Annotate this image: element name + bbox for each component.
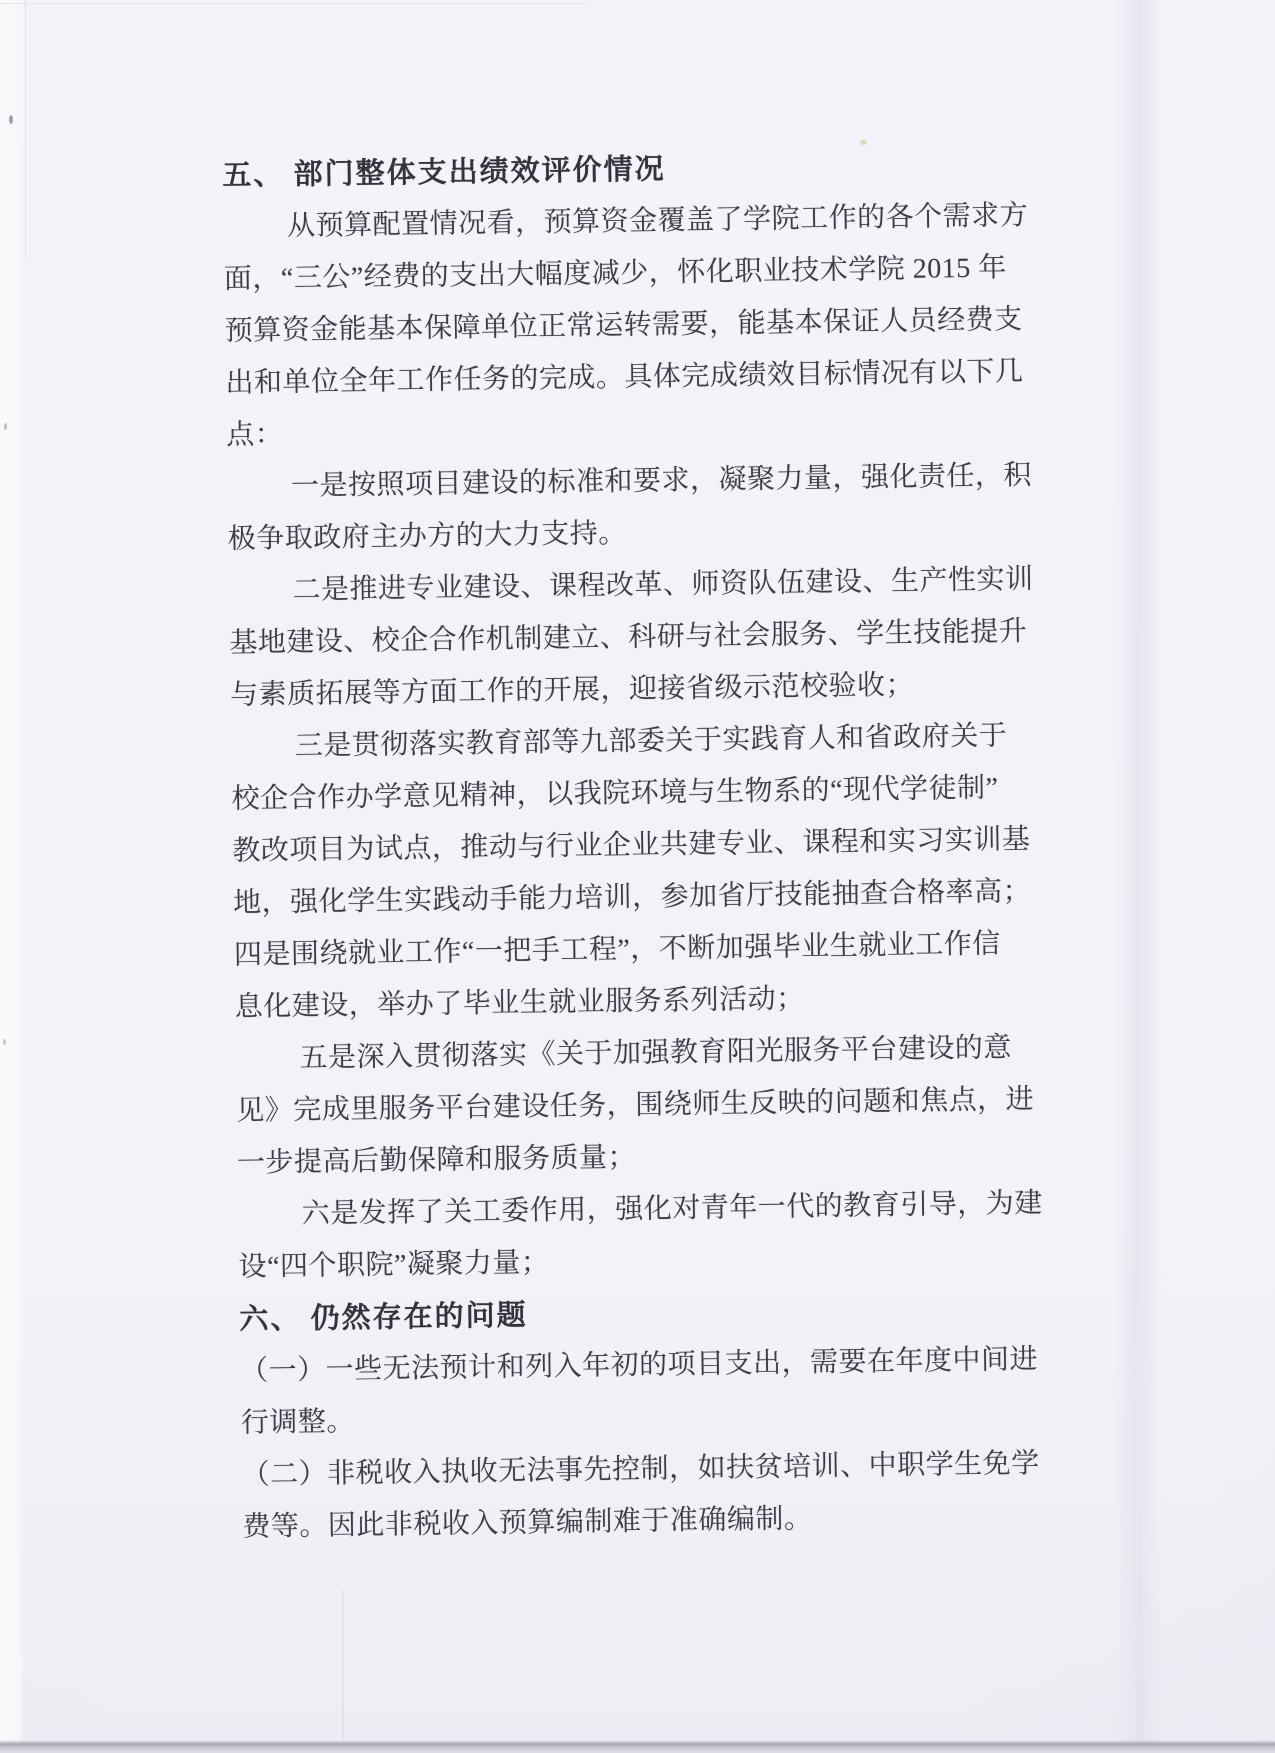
paragraph: 三是贯彻落实教育部等九部委关于实践育人和省政府关于校企合作办学意见精神，以我院环… [230, 710, 1045, 1034]
dust-speck [3, 1039, 6, 1045]
scanned-page: 五、 部门整体支出绩效评价情况从预算配置情况看，预算资金覆盖了学院工作的各个需求… [0, 0, 1275, 1753]
paragraph: （一）一些无法预计和列入年初的项目支出，需要在年度中间进行调整。 [240, 1334, 1051, 1450]
scan-right-shadow [1114, 0, 1162, 1753]
paragraph: 一是按照项目建设的标准和要求，凝聚力量，强化责任，积极争取政府主办方的大力支持。 [227, 450, 1038, 566]
dust-speck [4, 423, 7, 430]
paragraph: （二）非税收入执收无法事先控制，如扶贫培训、中职学生免学费等。因此非税收入预算编… [241, 1438, 1052, 1554]
paper-crease [342, 1590, 344, 1740]
scan-left-hairline [25, 0, 26, 258]
dust-speck [9, 115, 13, 124]
scan-top-hairline [0, 3, 587, 4]
scan-left-edge [0, 0, 24, 1753]
text-line: 费等。因此非税收入预算编制难于准确编制。 [242, 1490, 1053, 1554]
paragraph: 二是推进专业建设、课程改革、师资队伍建设、生产性实训基地建设、校企合作机制建立、… [228, 554, 1040, 722]
paragraph: 从预算配置情况看，预算资金覆盖了学院工作的各个需求方面，“三公”经费的支出大幅度… [223, 190, 1037, 462]
document-text: 五、 部门整体支出绩效评价情况从预算配置情况看，预算资金覆盖了学院工作的各个需求… [222, 138, 1053, 1554]
paragraph: 六是发挥了关工委作用，强化对青年一代的教育引导，为建设“四个职院”凝聚力量； [237, 1178, 1048, 1294]
scan-bottom-edge [0, 1740, 1275, 1753]
paragraph: 五是深入贯彻落实《关于加强教育阳光服务平台建设的意见》完成里服务平台建设任务，围… [235, 1022, 1047, 1190]
